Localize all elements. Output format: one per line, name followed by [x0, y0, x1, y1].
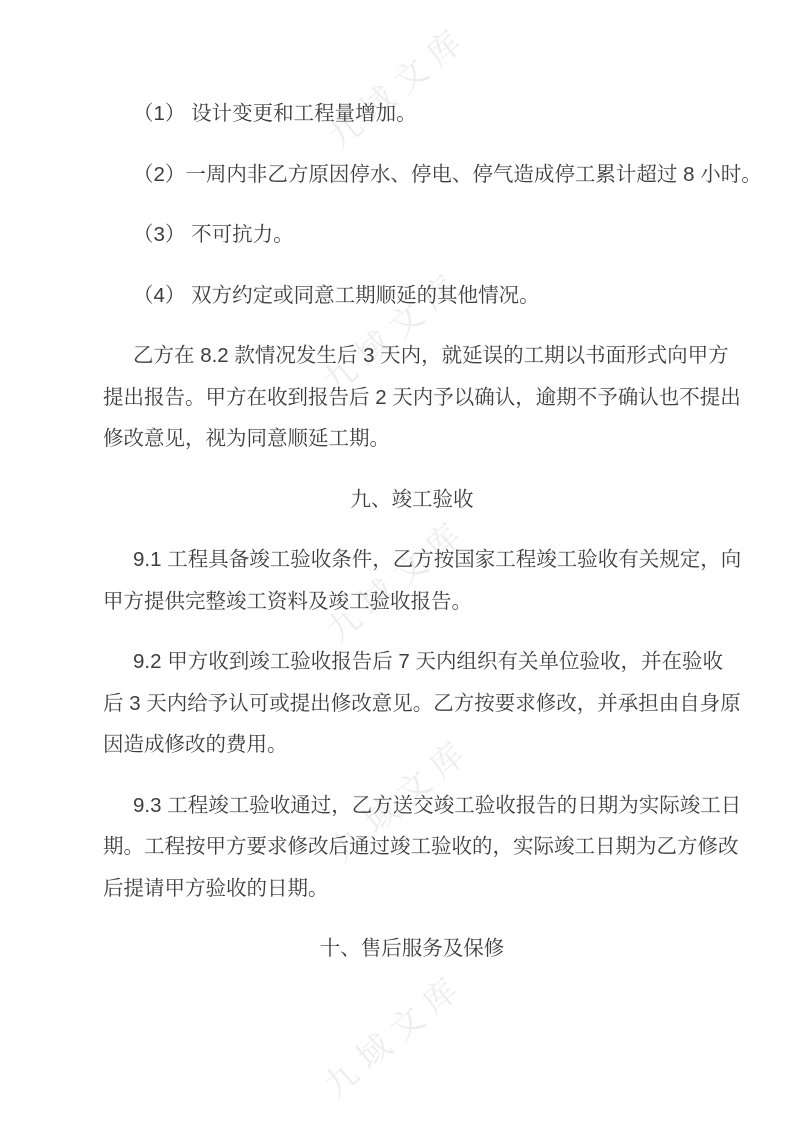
document-body: （1） 设计变更和工程量增加。（2）一周内非乙方原因停水、停电、停气造成停工累计… — [103, 93, 721, 989]
text-line: （2）一周内非乙方原因停水、停电、停气造成停工累计超过 8 小时。 — [103, 154, 721, 196]
text-line: 十、售后服务及保修 — [103, 928, 721, 970]
text-line: 甲方提供完整竣工资料及竣工验收报告。 — [103, 581, 721, 623]
text-line: 期。工程按甲方要求修改后通过竣工验收的，实际竣工日期为乙方修改 — [103, 826, 721, 868]
text-line: （1） 设计变更和工程量增加。 — [103, 93, 721, 135]
paragraph: 乙方在 8.2 款情况发生后 3 天内，就延误的工期以书面形式向甲方提出报告。甲… — [103, 335, 721, 460]
text-line: （3） 不可抗力。 — [103, 214, 721, 256]
text-line: 九、竣工验收 — [103, 479, 721, 521]
text-line: 9.3 工程竣工验收通过，乙方送交竣工验收报告的日期为实际竣工日 — [103, 785, 721, 827]
paragraph: 9.3 工程竣工验收通过，乙方送交竣工验收报告的日期为实际竣工日期。工程按甲方要… — [103, 785, 721, 910]
text-line: （4） 双方约定或同意工期顺延的其他情况。 — [103, 275, 721, 317]
document-page: 九域文库九域文库九域文库九域文库九域文库 （1） 设计变更和工程量增加。（2）一… — [0, 0, 793, 1122]
list-item: （4） 双方约定或同意工期顺延的其他情况。 — [103, 275, 721, 317]
text-line: 提出报告。甲方在收到报告后 2 天内予以确认，逾期不予确认也不提出 — [103, 377, 721, 419]
list-item: （3） 不可抗力。 — [103, 214, 721, 256]
text-line: 9.2 甲方收到竣工验收报告后 7 天内组织有关单位验收，并在验收 — [103, 641, 721, 683]
list-item: （2）一周内非乙方原因停水、停电、停气造成停工累计超过 8 小时。 — [103, 154, 721, 196]
paragraph: 9.1 工程具备竣工验收条件，乙方按国家工程竣工验收有关规定，向甲方提供完整竣工… — [103, 539, 721, 622]
text-line: 9.1 工程具备竣工验收条件，乙方按国家工程竣工验收有关规定，向 — [103, 539, 721, 581]
text-line: 因造成修改的费用。 — [103, 724, 721, 766]
list-item: （1） 设计变更和工程量增加。 — [103, 93, 721, 135]
section-heading: 九、竣工验收 — [103, 479, 721, 521]
text-line: 乙方在 8.2 款情况发生后 3 天内，就延误的工期以书面形式向甲方 — [103, 335, 721, 377]
text-line: 后提请甲方验收的日期。 — [103, 868, 721, 910]
section-heading: 十、售后服务及保修 — [103, 928, 721, 970]
text-line: 后 3 天内给予认可或提出修改意见。乙方按要求修改，并承担由自身原 — [103, 683, 721, 725]
text-line: 修改意见，视为同意顺延工期。 — [103, 418, 721, 460]
paragraph: 9.2 甲方收到竣工验收报告后 7 天内组织有关单位验收，并在验收后 3 天内给… — [103, 641, 721, 766]
